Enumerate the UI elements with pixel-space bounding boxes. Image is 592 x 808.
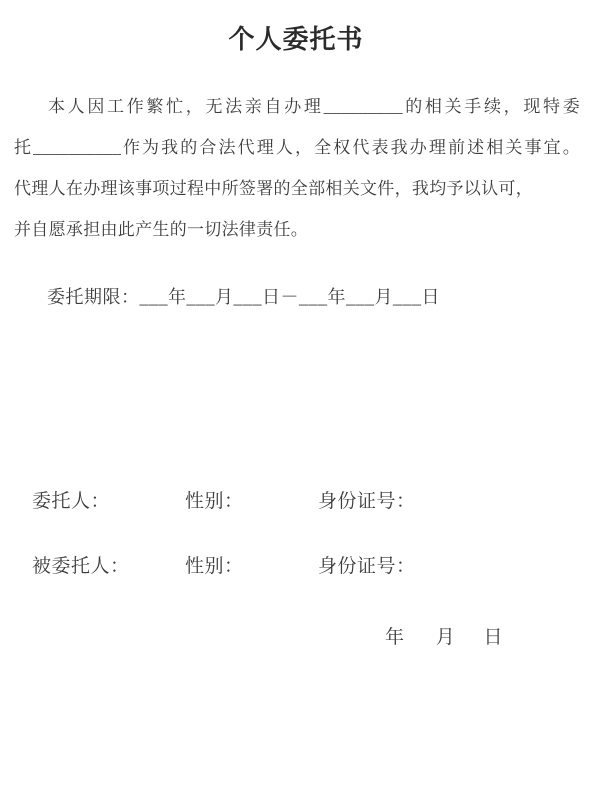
principal-signature-row: 委托人： 性别： 身份证号： <box>0 486 592 514</box>
id-number-label: 身份证号： <box>318 551 416 578</box>
principal-name-label: 委托人： <box>32 486 110 513</box>
term-period-line: 委托期限：___年___月___日－___年___月___日 <box>14 283 580 309</box>
body-line: 并自愿承担由此产生的一切法律责任。 <box>14 218 580 241</box>
document-page: 个人委托书 本人因工作繁忙，无法亲自办理_________的相关手续，现特委 托… <box>0 0 592 808</box>
agent-signature-row: 被委托人： 性别： 身份证号： <box>0 551 592 579</box>
document-title: 个人委托书 <box>0 19 592 56</box>
body-line: 代理人在办理该事项过程中所签署的全部相关文件，我均予以认可， <box>14 177 580 200</box>
month-label: 月 <box>436 622 455 649</box>
agent-name-label: 被委托人： <box>32 551 130 578</box>
day-label: 日 <box>484 622 503 649</box>
body-line: 本人因工作繁忙，无法亲自办理_________的相关手续，现特委 <box>14 95 580 118</box>
gender-label: 性别： <box>185 551 244 578</box>
body-line: 托__________作为我的合法代理人，全权代表我办理前述相关事宜。 <box>14 136 580 159</box>
date-line: 年 月 日 <box>385 622 503 649</box>
year-label: 年 <box>385 622 404 649</box>
id-number-label: 身份证号： <box>318 486 416 513</box>
gender-label: 性别： <box>185 486 244 513</box>
